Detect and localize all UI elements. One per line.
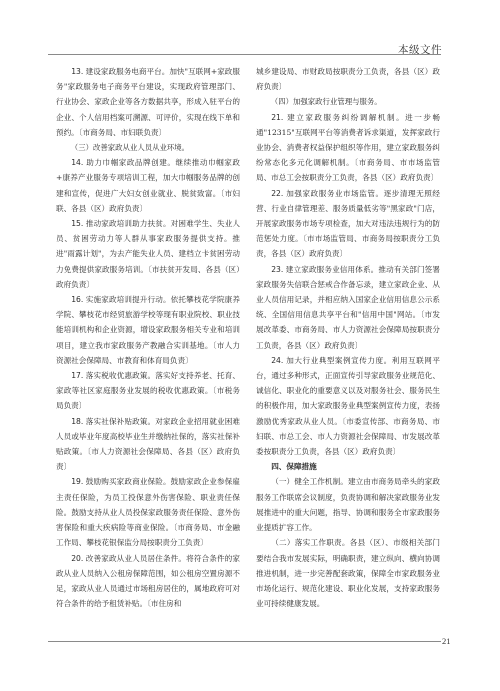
left-column: 13. 建设家政服务电商平台。加快"互联网+家政服务"家政服务电子商务平台建设，…	[56, 64, 240, 611]
item-13: 13. 建设家政服务电商平台。加快"互联网+家政服务"家政服务电子商务平台建设，…	[56, 64, 240, 140]
subheading-4: （四）加强家政行业管理与服务。	[256, 94, 440, 109]
footer-divider	[48, 641, 441, 642]
item-lead: 19. 鼓励购买家政商业保险。	[71, 477, 170, 486]
item-lead: 22. 加强家政服务业市场监管。	[271, 189, 383, 198]
item-lead: 24. 加大行业典型案例宣传力度。	[271, 356, 392, 365]
item-text: 进一步畅通"12315"互联网平台等消费者诉求渠道，发挥家政行业协会、消费者权益…	[256, 113, 440, 183]
item-lead: 17. 落实税收优惠政策。	[71, 371, 155, 380]
header-divider	[48, 54, 441, 55]
measure-1: （一）健全工作机制。建立由市商务局牵头的家政服务工作联席会议制度，负责协调和解决…	[256, 474, 440, 535]
item-lead: 15. 推动家政培训助力扶贫。	[71, 219, 170, 228]
measure-2: （二）落实工作职责。各县（区）、市级相关部门要结合我市发展实际，明确职责，建立纵…	[256, 535, 440, 611]
item-15: 15. 推动家政培训助力扶贫。对困难学生、失业人员、贫困劳动力等人群从事家政服务…	[56, 216, 240, 292]
item-lead: 14. 助力巾帼家政品牌创建。	[71, 158, 175, 167]
item-lead: 18. 落实社保补贴政策。	[71, 417, 155, 426]
item-lead: 23. 建立家政服务业信用体系。	[271, 265, 378, 274]
item-17: 17. 落实税收优惠政策。落实好支持养老、托育、家政等社区家庭服务业发展的税收优…	[56, 368, 240, 414]
item-24: 24. 加大行业典型案例宣传力度。利用互联网平台，通过多种形式，正面宣传引导家政…	[256, 353, 440, 459]
page-number: 21	[442, 636, 451, 646]
item-text: 对困难学生、失业人员、贫困劳动力等人群从事家政服务提供支持。推进"雨露计划"，为…	[56, 219, 240, 289]
continued-text: 城乡建设局、市财政局按职责分工负责，各县（区）政府负责〕	[256, 64, 440, 94]
item-lead: 13. 建设家政服务电商平台。	[71, 67, 169, 76]
item-text: 推动有关部门签署家政服务失信联合惩戒合作备忘录，建立家政企业、从业人员信用记录，…	[256, 265, 440, 350]
item-lead: 21. 建立家政服务纠纷调解机制。	[271, 113, 405, 122]
item-16: 16. 实施家政培训提升行动。依托攀枝花学院康养学院、攀枝花市经贸旅游学校等现有…	[56, 292, 240, 368]
item-text: 加快"互联网+家政服务"家政服务电子商务平台建设，实现政府管理部门、行业协会、家…	[56, 67, 240, 137]
item-22: 22. 加强家政服务业市场监管。逐步清理无照经营、行业自律管理差、服务质量低劣等…	[256, 186, 440, 262]
right-column: 城乡建设局、市财政局按职责分工负责，各县（区）政府负责〕 （四）加强家政行业管理…	[256, 64, 440, 611]
item-18: 18. 落实社保补贴政策。对家政企业招用就业困难人员或毕业年度高校毕业生并缴纳社…	[56, 414, 240, 475]
item-text: 逐步清理无照经营、行业自律管理差、服务质量低劣等"黑家政"门店，开展家政服务市场…	[256, 189, 440, 259]
item-text: 依托攀枝花学院康养学院、攀枝花市经贸旅游学校等现有职业院校、职业技能培训机构和企…	[56, 295, 240, 365]
item-20: 20. 改善家政从业人员居住条件。将符合条件的家政从业人员纳入公租房保障范围，如…	[56, 551, 240, 612]
item-lead: （一）健全工作机制。	[271, 477, 348, 486]
item-21: 21. 建立家政服务纠纷调解机制。进一步畅通"12315"互联网平台等消费者诉求…	[256, 110, 440, 186]
item-19: 19. 鼓励购买家政商业保险。鼓励家政企业参保雇主责任保险，为员工投保意外伤害保…	[56, 474, 240, 550]
item-lead: 16. 实施家政培训提升行动。	[71, 295, 170, 304]
item-text: 各县（区）、市级相关部门要结合我市发展实际，明确职责，建立纵向、横向协调推进机制…	[256, 538, 440, 608]
item-text: 鼓励家政企业参保雇主责任保险，为员工投保意外伤害保险、职业责任保险。鼓励支持从业…	[56, 477, 240, 547]
section-heading-4: 四、保障措施	[256, 459, 440, 474]
item-text: 利用互联网平台，通过多种形式，正面宣传引导家政服务业规范化、诚信化、职业化的重要…	[256, 356, 440, 456]
item-lead: （二）落实工作职责。	[271, 538, 350, 547]
item-lead: 20. 改善家政从业人员居住条件。	[71, 554, 186, 563]
item-14: 14. 助力巾帼家政品牌创建。继续推动巾帼家政+康养产业服务专项培训工程，加大巾…	[56, 155, 240, 216]
subheading-3: （三）改善家政从业人员从业环境。	[56, 140, 240, 155]
item-23: 23. 建立家政服务业信用体系。推动有关部门签署家政服务失信联合惩戒合作备忘录，…	[256, 262, 440, 353]
